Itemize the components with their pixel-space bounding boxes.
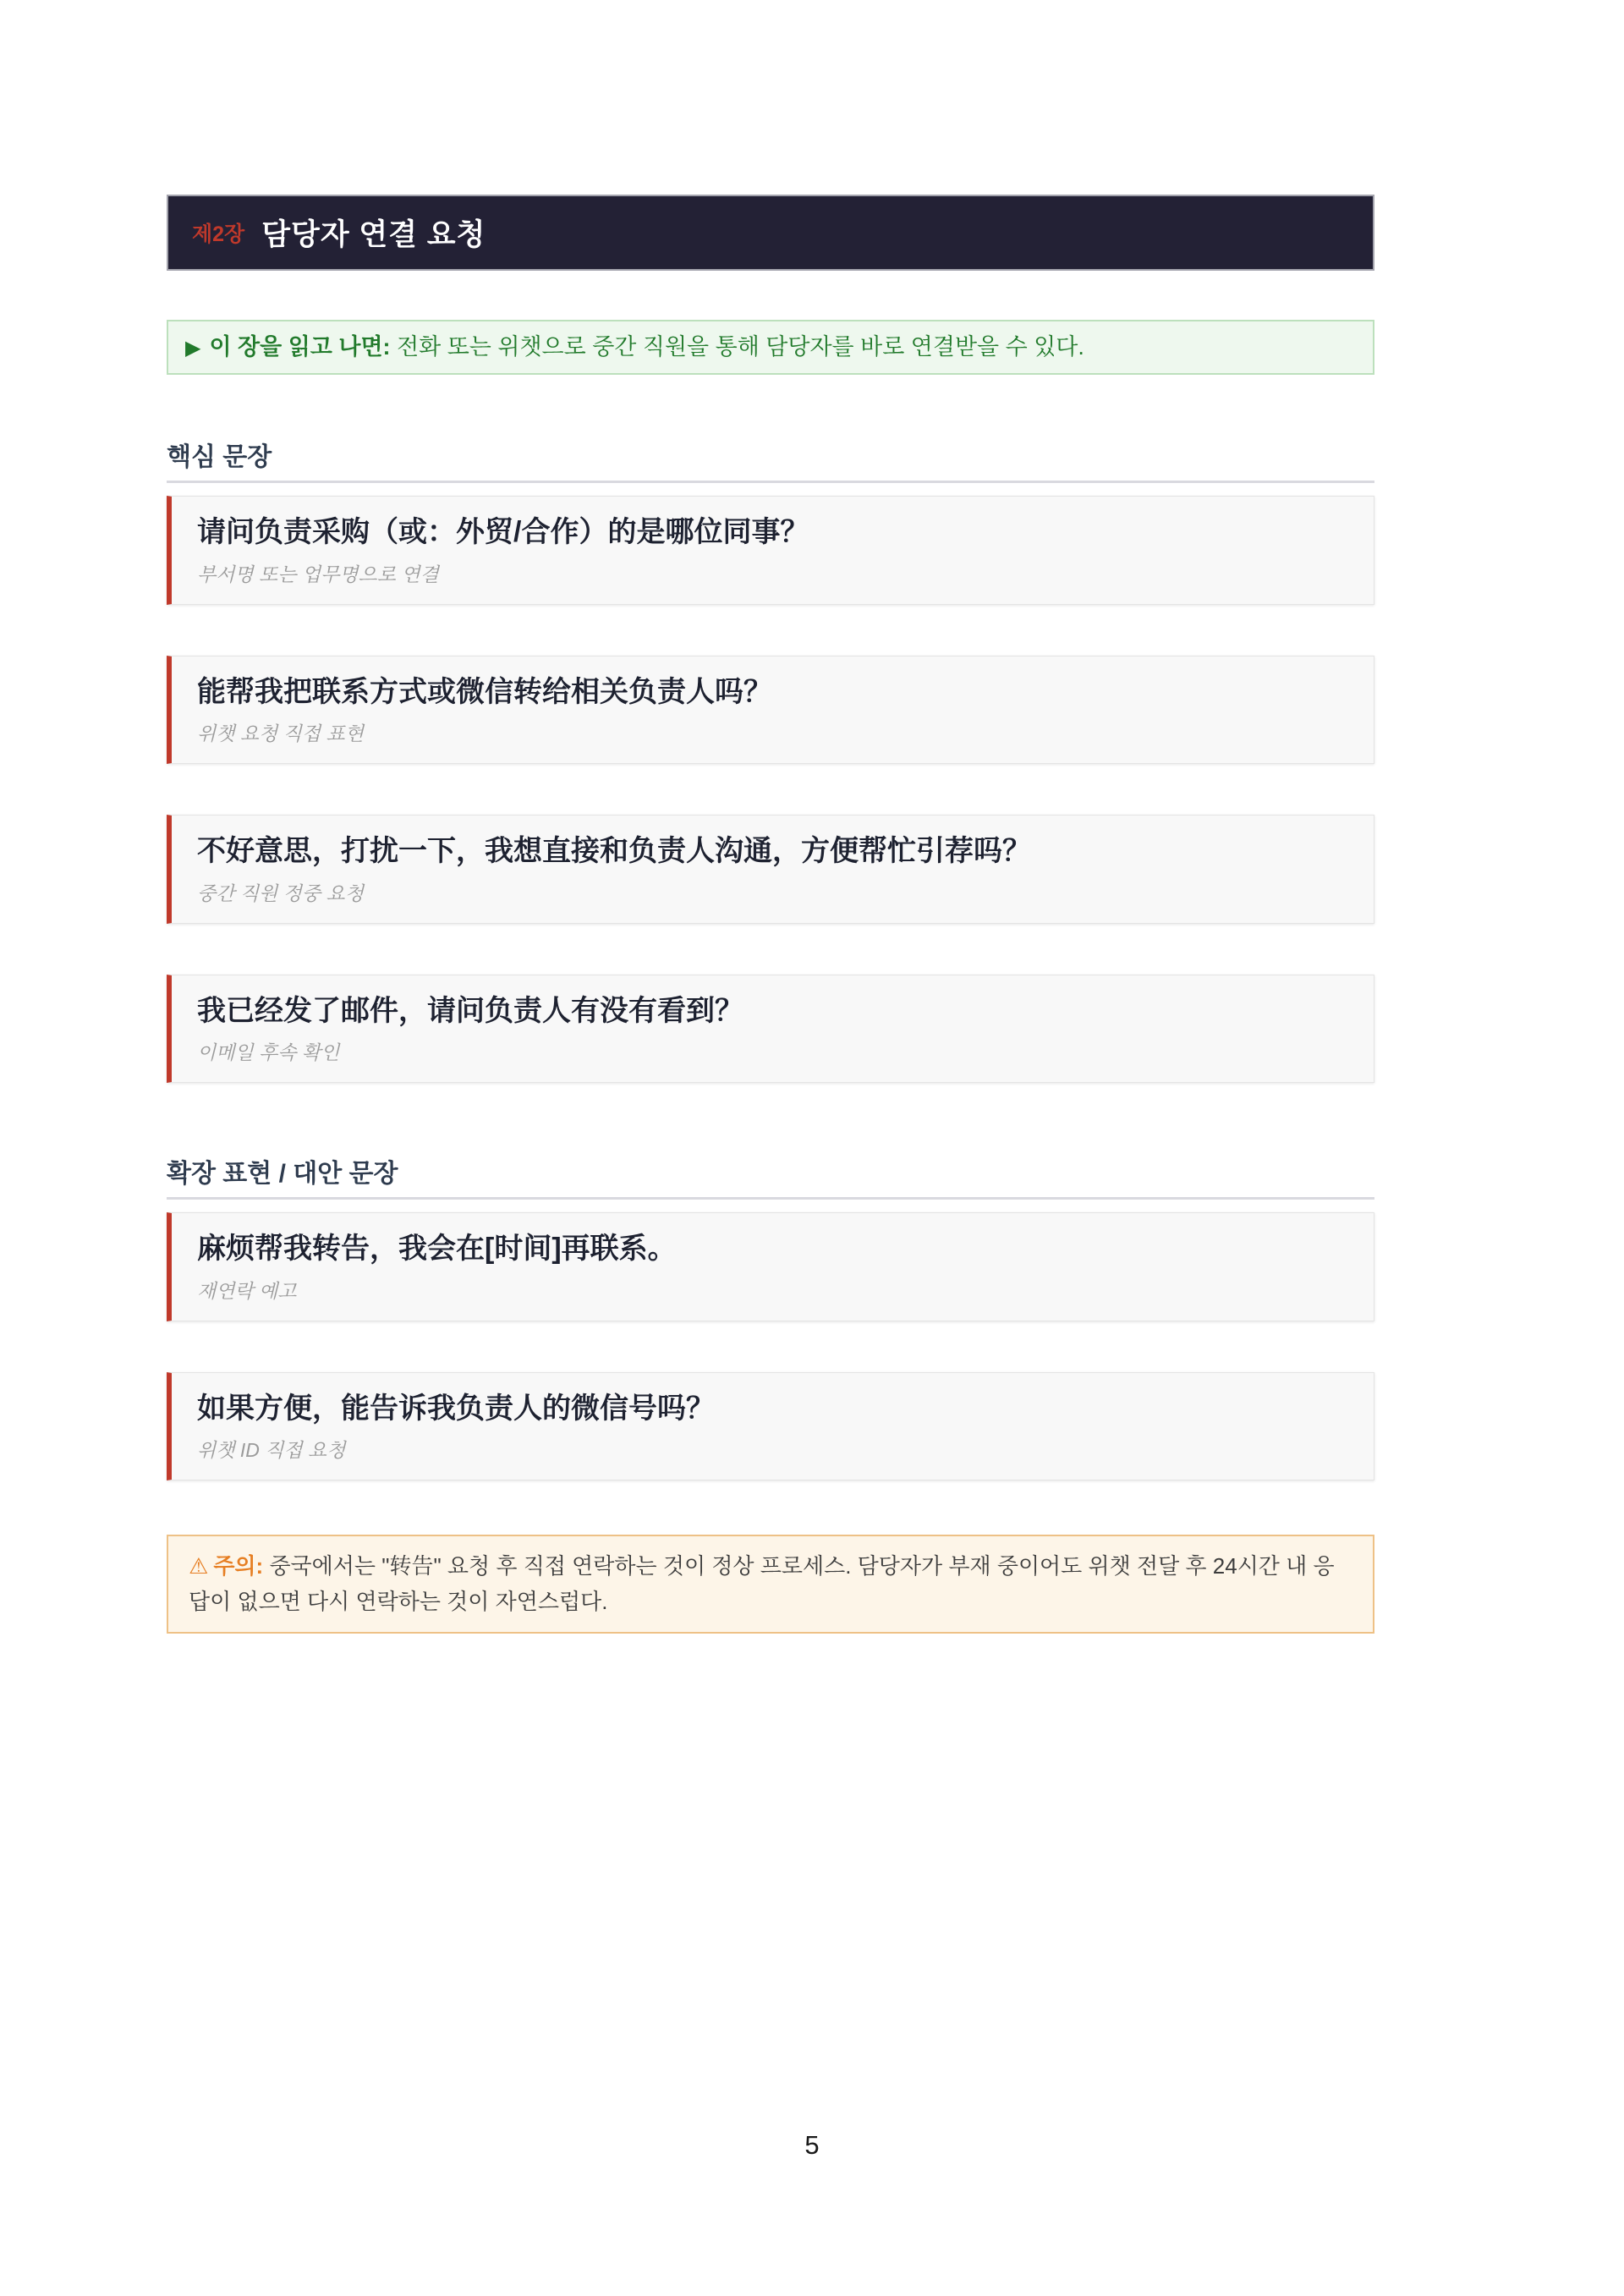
chapter-summary-box: ▶이 장을 읽고 나면: 전화 또는 위챗으로 중간 직원을 통해 담당자를 바…	[167, 320, 1374, 375]
chapter-title: 담당자 연결 요청	[261, 211, 486, 254]
section-title-extended-phrases: 확장 표현 / 대안 문장	[167, 1152, 1374, 1200]
play-triangle-icon: ▶	[185, 337, 200, 360]
warning-icon: ⚠	[189, 1553, 208, 1579]
phrase-chinese: 不好意思，打扰一下，我想直接和负责人沟通，方便帮忙引荐吗？	[197, 833, 1348, 870]
phrase-chinese: 麻烦帮我转告，我会在[时间]再联系。	[197, 1231, 1348, 1267]
chapter-header-bar: 제2장 담당자 연결 요청	[167, 195, 1374, 271]
phrase-chinese: 我已经发了邮件，请问负责人有没有看到？	[197, 993, 1348, 1030]
phrase-korean-note: 부서명 또는 업무명으로 연결	[197, 559, 1348, 587]
summary-text: 전화 또는 위챗으로 중간 직원을 통해 담당자를 바로 연결받을 수 있다.	[397, 334, 1084, 360]
warning-text: 중국에서는 "转告" 요청 후 직접 연락하는 것이 정상 프로세스. 담당자가…	[189, 1553, 1335, 1614]
phrase-korean-note: 재연락 예고	[197, 1276, 1348, 1304]
phrase-card: 麻烦帮我转告，我会在[时间]再联系。 재연락 예고	[167, 1212, 1374, 1321]
phrase-korean-note: 위챗 ID 직접 요청	[197, 1435, 1348, 1463]
summary-lead: 이 장을 읽고 나면:	[209, 334, 390, 360]
page-content: 제2장 담당자 연결 요청 ▶이 장을 읽고 나면: 전화 또는 위챗으로 중간…	[167, 0, 1374, 1634]
phrase-card: 能帮我把联系方式或微信转给相关负责人吗？ 위챗 요청 직접 표현	[167, 656, 1374, 765]
phrase-card: 不好意思，打扰一下，我想直接和负责人沟通，方便帮忙引荐吗？ 중간 직원 정중 요…	[167, 815, 1374, 924]
chapter-number: 제2장	[192, 217, 244, 248]
phrase-chinese: 如果方便，能告诉我负责人的微信号吗？	[197, 1391, 1348, 1427]
phrase-chinese: 能帮我把联系方式或微信转给相关负责人吗？	[197, 674, 1348, 711]
phrase-chinese: 请问负责采购（或：外贸/合作）的是哪位同事？	[197, 514, 1348, 551]
phrase-korean-note: 이메일 후속 확인	[197, 1037, 1348, 1065]
phrase-korean-note: 중간 직원 정중 요청	[197, 878, 1348, 906]
page-number: 5	[0, 2130, 1624, 2161]
phrase-card: 我已经发了邮件，请问负责人有没有看到？ 이메일 후속 확인	[167, 975, 1374, 1084]
warning-note: ⚠주의: 중국에서는 "转告" 요청 후 직접 연락하는 것이 정상 프로세스.…	[167, 1535, 1374, 1634]
warning-lead: 주의:	[213, 1553, 263, 1579]
phrase-card: 请问负责采购（或：外贸/合作）的是哪位同事？ 부서명 또는 업무명으로 연결	[167, 496, 1374, 605]
phrase-korean-note: 위챗 요청 직접 표현	[197, 718, 1348, 746]
section-title-core-phrases: 핵심 문장	[167, 436, 1374, 483]
phrase-card: 如果方便，能告诉我负责人的微信号吗？ 위챗 ID 직접 요청	[167, 1372, 1374, 1481]
